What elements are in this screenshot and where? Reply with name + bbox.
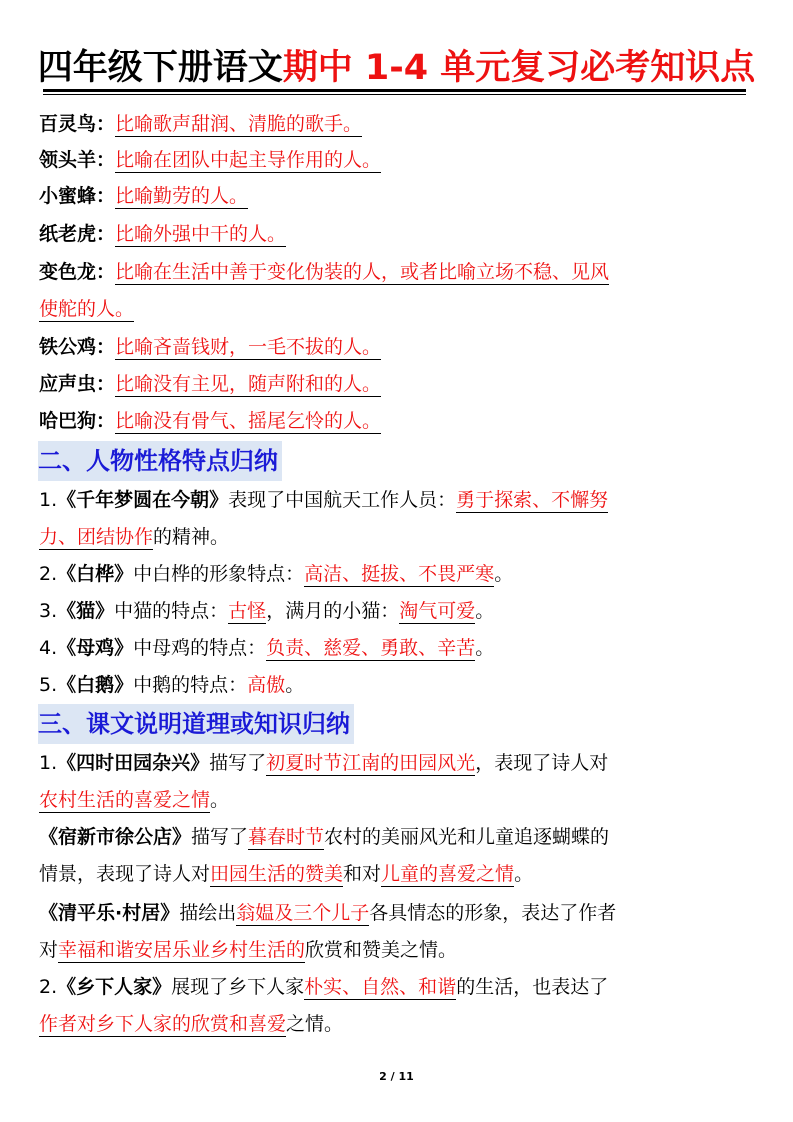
knowledge-item-cont: 农村生活的喜爱之情。 bbox=[39, 786, 229, 814]
title-rule-thin bbox=[43, 94, 746, 95]
knowledge-item: 《宿新市徐公店》描写了暮春时节农村的美丽风光和儿童追逐蝴蝶的 bbox=[39, 823, 609, 851]
section-heading-2: 二、人物性格特点归纳 bbox=[38, 441, 282, 481]
title-black: 四年级下册语文 bbox=[38, 48, 283, 88]
trait-item: 3.《猫》中猫的特点：古怪，满月的小猫：淘气可爱。 bbox=[39, 597, 494, 625]
trait-item: 4.《母鸡》中母鸡的特点：负责、慈爱、勇敢、辛苦。 bbox=[39, 634, 494, 662]
metaphor-item: 纸老虎：比喻外强中干的人。 bbox=[39, 220, 286, 248]
metaphor-item: 铁公鸡：比喻吝啬钱财，一毛不拔的人。 bbox=[39, 333, 381, 361]
trait-item: 1.《千年梦圆在今朝》表现了中国航天工作人员：勇于探索、不懈努 bbox=[39, 486, 608, 514]
metaphor-item: 应声虫：比喻没有主见，随声附和的人。 bbox=[39, 370, 381, 398]
knowledge-item-cont: 情景，表现了诗人对田园生活的赞美和对儿童的喜爱之情。 bbox=[39, 860, 533, 888]
metaphor-item: 小蜜蜂：比喻勤劳的人。 bbox=[39, 182, 248, 210]
trait-item-cont: 力、团结协作的精神。 bbox=[39, 523, 229, 551]
knowledge-item-cont: 作者对乡下人家的欣赏和喜爱之情。 bbox=[39, 1010, 343, 1038]
metaphor-item: 百灵鸟：比喻歌声甜润、清脆的歌手。 bbox=[39, 110, 362, 138]
knowledge-item: 1.《四时田园杂兴》描写了初夏时节江南的田园风光，表现了诗人对 bbox=[39, 749, 608, 777]
title-rule-thick bbox=[43, 89, 746, 92]
trait-item: 2.《白桦》中白桦的形象特点：高洁、挺拔、不畏严寒。 bbox=[39, 560, 513, 588]
title-red: 期中 1-4 单元复习必考知识点 bbox=[283, 48, 756, 88]
metaphor-item: 变色龙：比喻在生活中善于变化伪装的人，或者比喻立场不稳、见风 bbox=[39, 258, 609, 286]
section-heading-3: 三、课文说明道理或知识归纳 bbox=[38, 704, 354, 744]
trait-item: 5.《白鹅》中鹅的特点：高傲。 bbox=[39, 671, 304, 699]
metaphor-item: 哈巴狗：比喻没有骨气、摇尾乞怜的人。 bbox=[39, 407, 381, 435]
metaphor-item: 领头羊：比喻在团队中起主导作用的人。 bbox=[39, 146, 381, 174]
metaphor-item-cont: 使舵的人。 bbox=[39, 295, 134, 323]
document-title: 四年级下册语文期中 1-4 单元复习必考知识点 bbox=[0, 46, 793, 90]
page-number: 2 / 11 bbox=[0, 1070, 793, 1083]
knowledge-item: 《清平乐·村居》描绘出翁媪及三个儿子各具情态的形象，表达了作者 bbox=[39, 899, 616, 927]
knowledge-item: 2.《乡下人家》展现了乡下人家朴实、自然、和谐的生活，也表达了 bbox=[39, 973, 608, 1001]
knowledge-item-cont: 对幸福和谐安居乐业乡村生活的欣赏和赞美之情。 bbox=[39, 936, 457, 964]
